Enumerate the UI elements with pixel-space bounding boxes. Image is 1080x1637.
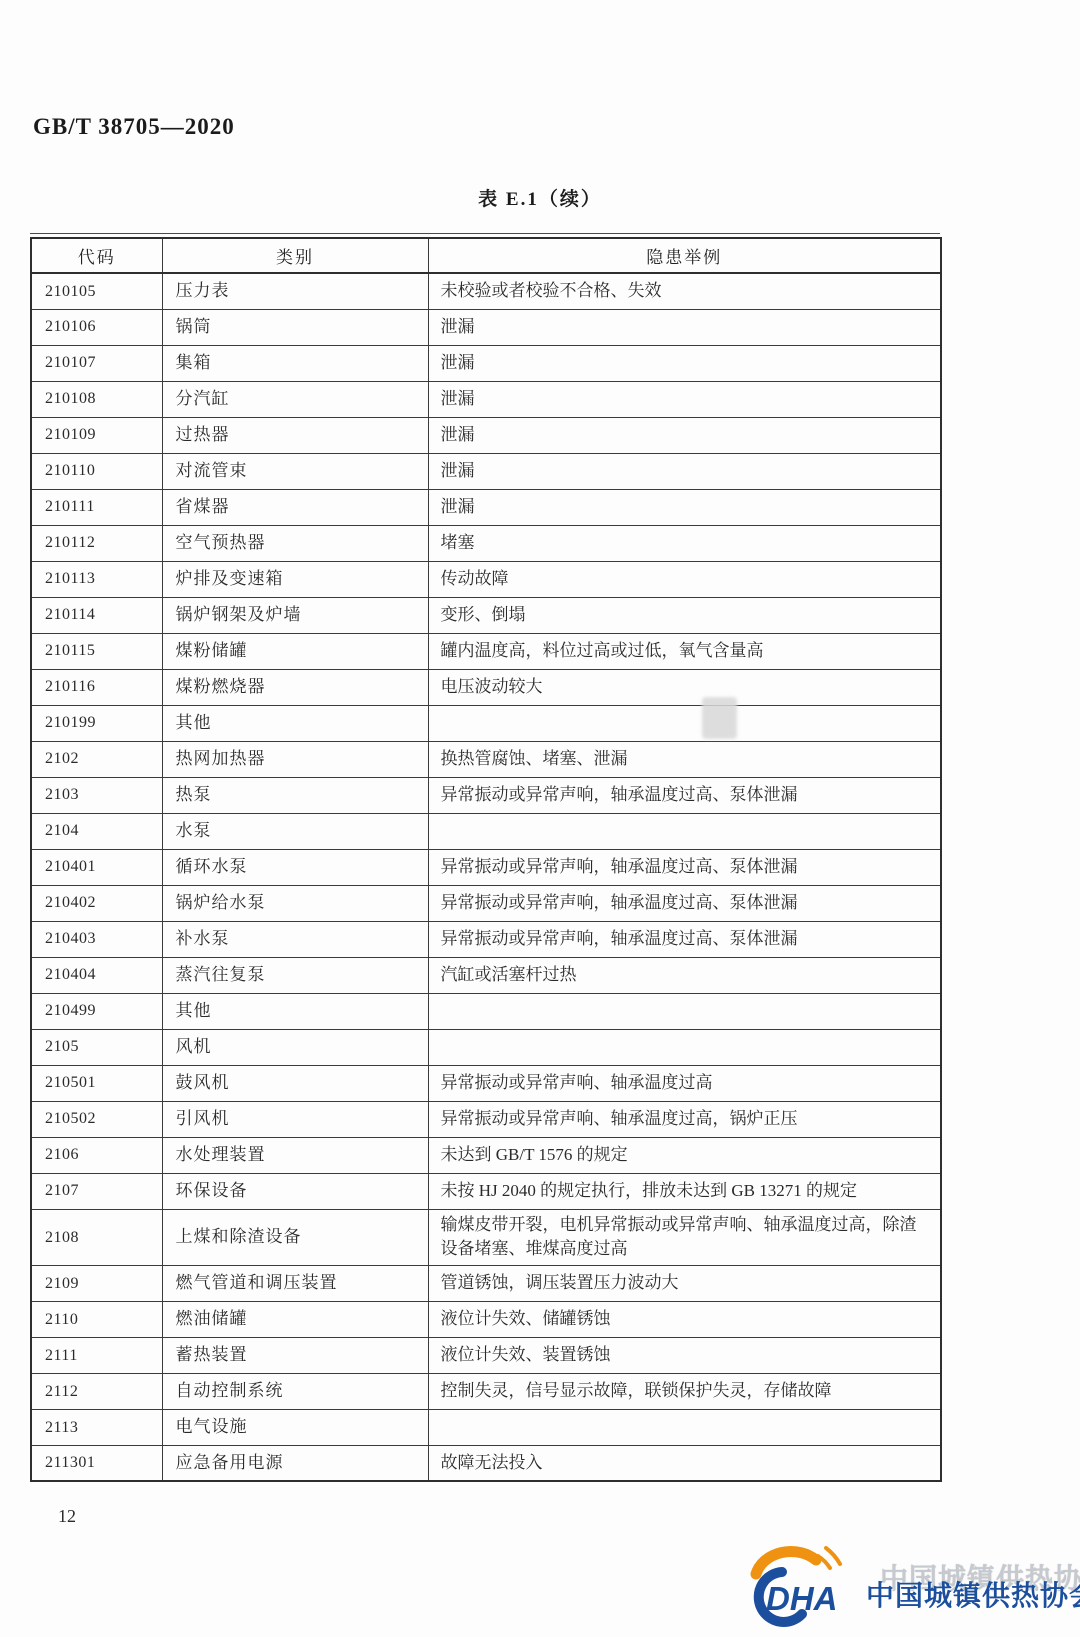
code-cell: 2109 — [31, 1265, 162, 1301]
table-row: 2108上煤和除渣设备输煤皮带开裂，电机异常振动或异常声响、轴承温度过高，除渣设… — [31, 1209, 941, 1265]
table-row: 2106水处理装置未达到 GB/T 1576 的规定 — [31, 1137, 941, 1173]
code-cell: 210402 — [31, 885, 162, 921]
category-cell: 煤粉储罐 — [162, 633, 428, 669]
table-row: 210107集箱泄漏 — [31, 345, 941, 381]
category-cell: 环保设备 — [162, 1173, 428, 1209]
category-cell: 自动控制系统 — [162, 1373, 428, 1409]
hazard-cell: 控制失灵，信号显示故障，联锁保护失灵，存储故障 — [428, 1373, 941, 1409]
code-cell: 210502 — [31, 1101, 162, 1137]
hazard-cell — [428, 1409, 941, 1445]
code-cell: 210199 — [31, 705, 162, 741]
table-row: 2110燃油储罐液位计失效、储罐锈蚀 — [31, 1301, 941, 1337]
standard-number: GB/T 38705—2020 — [33, 114, 235, 140]
table-row: 210402锅炉给水泵异常振动或异常声响，轴承温度过高、泵体泄漏 — [31, 885, 941, 921]
hazard-cell: 泄漏 — [428, 453, 941, 489]
table-top-rule — [30, 233, 940, 234]
hazard-cell: 液位计失效、装置锈蚀 — [428, 1337, 941, 1373]
hazard-cell: 异常振动或异常声响，轴承温度过高、泵体泄漏 — [428, 885, 941, 921]
hazard-cell: 输煤皮带开裂，电机异常振动或异常声响、轴承温度过高，除渣设备堵塞、堆煤高度过高 — [428, 1209, 941, 1265]
table-row: 210115煤粉储罐罐内温度高，料位过高或过低，氧气含量高 — [31, 633, 941, 669]
table-body: 210105压力表未校验或者校验不合格、失效210106锅筒泄漏210107集箱… — [31, 273, 941, 1481]
table-row: 210199其他 — [31, 705, 941, 741]
hazard-cell: 泄漏 — [428, 489, 941, 525]
table-row: 210403补水泵异常振动或异常声响，轴承温度过高、泵体泄漏 — [31, 921, 941, 957]
document-page: GB/T 38705—2020 表 E.1（续） 代码类别隐患举例 210105… — [0, 0, 1080, 1637]
dha-letters: DHA — [766, 1580, 838, 1617]
category-cell: 应急备用电源 — [162, 1445, 428, 1481]
code-cell: 210401 — [31, 849, 162, 885]
hazard-cell: 电压波动较大 — [428, 669, 941, 705]
table-row: 210116煤粉燃烧器电压波动较大 — [31, 669, 941, 705]
hazard-cell: 泄漏 — [428, 381, 941, 417]
category-cell: 分汽缸 — [162, 381, 428, 417]
code-cell: 2113 — [31, 1409, 162, 1445]
category-cell: 空气预热器 — [162, 525, 428, 561]
table-row: 2102热网加热器换热管腐蚀、堵塞、泄漏 — [31, 741, 941, 777]
code-cell: 210116 — [31, 669, 162, 705]
category-cell: 水处理装置 — [162, 1137, 428, 1173]
category-cell: 引风机 — [162, 1101, 428, 1137]
table-row: 2104水泵 — [31, 813, 941, 849]
association-logo: DHA 中国城镇供热协会 中国城镇供热协会 — [738, 1538, 1078, 1630]
hazard-cell — [428, 1029, 941, 1065]
hazard-cell: 异常振动或异常声响，轴承温度过高、泵体泄漏 — [428, 777, 941, 813]
hazard-cell: 换热管腐蚀、堵塞、泄漏 — [428, 741, 941, 777]
column-header: 隐患举例 — [428, 238, 941, 273]
hazard-cell: 泄漏 — [428, 309, 941, 345]
category-cell: 煤粉燃烧器 — [162, 669, 428, 705]
category-cell: 补水泵 — [162, 921, 428, 957]
category-cell: 省煤器 — [162, 489, 428, 525]
category-cell: 上煤和除渣设备 — [162, 1209, 428, 1265]
hazard-cell: 未校验或者校验不合格、失效 — [428, 273, 941, 309]
table-row: 2111蓄热装置液位计失效、装置锈蚀 — [31, 1337, 941, 1373]
code-cell: 210403 — [31, 921, 162, 957]
table-row: 210404蒸汽往复泵汽缸或活塞杆过热 — [31, 957, 941, 993]
code-cell: 210110 — [31, 453, 162, 489]
category-cell: 其他 — [162, 993, 428, 1029]
hazard-cell: 异常振动或异常声响，轴承温度过高、泵体泄漏 — [428, 849, 941, 885]
hazard-cell: 罐内温度高，料位过高或过低，氧气含量高 — [428, 633, 941, 669]
table-head-row: 代码类别隐患举例 — [31, 238, 941, 273]
code-cell: 2102 — [31, 741, 162, 777]
hazard-cell — [428, 813, 941, 849]
column-header: 代码 — [31, 238, 162, 273]
table-row: 210401循环水泵异常振动或异常声响，轴承温度过高、泵体泄漏 — [31, 849, 941, 885]
code-cell: 2112 — [31, 1373, 162, 1409]
category-cell: 燃油储罐 — [162, 1301, 428, 1337]
code-cell: 210108 — [31, 381, 162, 417]
table-row: 211301应急备用电源故障无法投入 — [31, 1445, 941, 1481]
hazard-cell: 泄漏 — [428, 417, 941, 453]
table-row: 2113电气设施 — [31, 1409, 941, 1445]
code-cell: 210106 — [31, 309, 162, 345]
category-cell: 锅炉给水泵 — [162, 885, 428, 921]
code-cell: 211301 — [31, 1445, 162, 1481]
scan-artifact-smudge — [702, 697, 737, 739]
category-cell: 鼓风机 — [162, 1065, 428, 1101]
code-cell: 210499 — [31, 993, 162, 1029]
hazard-cell — [428, 993, 941, 1029]
table-row: 210502引风机异常振动或异常声响、轴承温度过高，锅炉正压 — [31, 1101, 941, 1137]
category-cell: 热泵 — [162, 777, 428, 813]
table-row: 2109燃气管道和调压装置管道锈蚀，调压装置压力波动大 — [31, 1265, 941, 1301]
table-row: 2112自动控制系统控制失灵，信号显示故障，联锁保护失灵，存储故障 — [31, 1373, 941, 1409]
category-cell: 蓄热装置 — [162, 1337, 428, 1373]
table-row: 210109过热器泄漏 — [31, 417, 941, 453]
code-cell: 2103 — [31, 777, 162, 813]
code-cell: 210112 — [31, 525, 162, 561]
table-row: 210108分汽缸泄漏 — [31, 381, 941, 417]
table-row: 210113炉排及变速箱传动故障 — [31, 561, 941, 597]
table-row: 210105压力表未校验或者校验不合格、失效 — [31, 273, 941, 309]
code-cell: 210111 — [31, 489, 162, 525]
category-cell: 锅炉钢架及炉墙 — [162, 597, 428, 633]
hazard-code-table: 代码类别隐患举例 210105压力表未校验或者校验不合格、失效210106锅筒泄… — [30, 237, 942, 1482]
hazard-cell: 泄漏 — [428, 345, 941, 381]
category-cell: 锅筒 — [162, 309, 428, 345]
code-cell: 2105 — [31, 1029, 162, 1065]
category-cell: 燃气管道和调压装置 — [162, 1265, 428, 1301]
hazard-cell: 变形、倒塌 — [428, 597, 941, 633]
category-cell: 水泵 — [162, 813, 428, 849]
hazard-cell: 故障无法投入 — [428, 1445, 941, 1481]
table-row: 2107环保设备未按 HJ 2040 的规定执行，排放未达到 GB 13271 … — [31, 1173, 941, 1209]
hazard-cell: 传动故障 — [428, 561, 941, 597]
table-row: 210111省煤器泄漏 — [31, 489, 941, 525]
category-cell: 风机 — [162, 1029, 428, 1065]
category-cell: 对流管束 — [162, 453, 428, 489]
code-cell: 2110 — [31, 1301, 162, 1337]
category-cell: 过热器 — [162, 417, 428, 453]
category-cell: 炉排及变速箱 — [162, 561, 428, 597]
table-row: 210110对流管束泄漏 — [31, 453, 941, 489]
code-cell: 210105 — [31, 273, 162, 309]
table-row: 210114锅炉钢架及炉墙变形、倒塌 — [31, 597, 941, 633]
table-row: 210106锅筒泄漏 — [31, 309, 941, 345]
dha-emblem-icon: DHA — [738, 1538, 868, 1630]
hazard-cell: 异常振动或异常声响、轴承温度过高 — [428, 1065, 941, 1101]
table-row: 210501鼓风机异常振动或异常声响、轴承温度过高 — [31, 1065, 941, 1101]
table-row: 210112空气预热器堵塞 — [31, 525, 941, 561]
table-title: 表 E.1（续） — [0, 184, 1080, 211]
category-cell: 电气设施 — [162, 1409, 428, 1445]
code-cell: 210114 — [31, 597, 162, 633]
code-cell: 210109 — [31, 417, 162, 453]
code-cell: 210113 — [31, 561, 162, 597]
association-name: 中国城镇供热协会 中国城镇供热协会 — [866, 1574, 1080, 1614]
hazard-cell: 异常振动或异常声响、轴承温度过高，锅炉正压 — [428, 1101, 941, 1137]
hazard-cell: 未达到 GB/T 1576 的规定 — [428, 1137, 941, 1173]
hazard-cell: 管道锈蚀，调压装置压力波动大 — [428, 1265, 941, 1301]
category-cell: 集箱 — [162, 345, 428, 381]
table-row: 2103热泵异常振动或异常声响，轴承温度过高、泵体泄漏 — [31, 777, 941, 813]
code-cell: 2107 — [31, 1173, 162, 1209]
code-cell: 210501 — [31, 1065, 162, 1101]
code-cell: 2111 — [31, 1337, 162, 1373]
hazard-cell: 未按 HJ 2040 的规定执行，排放未达到 GB 13271 的规定 — [428, 1173, 941, 1209]
association-name-main: 中国城镇供热协会 — [866, 1580, 1080, 1611]
table-row: 2105风机 — [31, 1029, 941, 1065]
code-cell: 210404 — [31, 957, 162, 993]
hazard-cell — [428, 705, 941, 741]
code-cell: 2106 — [31, 1137, 162, 1173]
column-header: 类别 — [162, 238, 428, 273]
hazard-cell: 液位计失效、储罐锈蚀 — [428, 1301, 941, 1337]
category-cell: 蒸汽往复泵 — [162, 957, 428, 993]
code-cell: 2104 — [31, 813, 162, 849]
table-row: 210499其他 — [31, 993, 941, 1029]
category-cell: 循环水泵 — [162, 849, 428, 885]
code-cell: 210115 — [31, 633, 162, 669]
category-cell: 热网加热器 — [162, 741, 428, 777]
code-cell: 2108 — [31, 1209, 162, 1265]
hazard-cell: 堵塞 — [428, 525, 941, 561]
page-number: 12 — [58, 1506, 76, 1527]
hazard-cell: 汽缸或活塞杆过热 — [428, 957, 941, 993]
category-cell: 其他 — [162, 705, 428, 741]
code-cell: 210107 — [31, 345, 162, 381]
category-cell: 压力表 — [162, 273, 428, 309]
hazard-cell: 异常振动或异常声响，轴承温度过高、泵体泄漏 — [428, 921, 941, 957]
